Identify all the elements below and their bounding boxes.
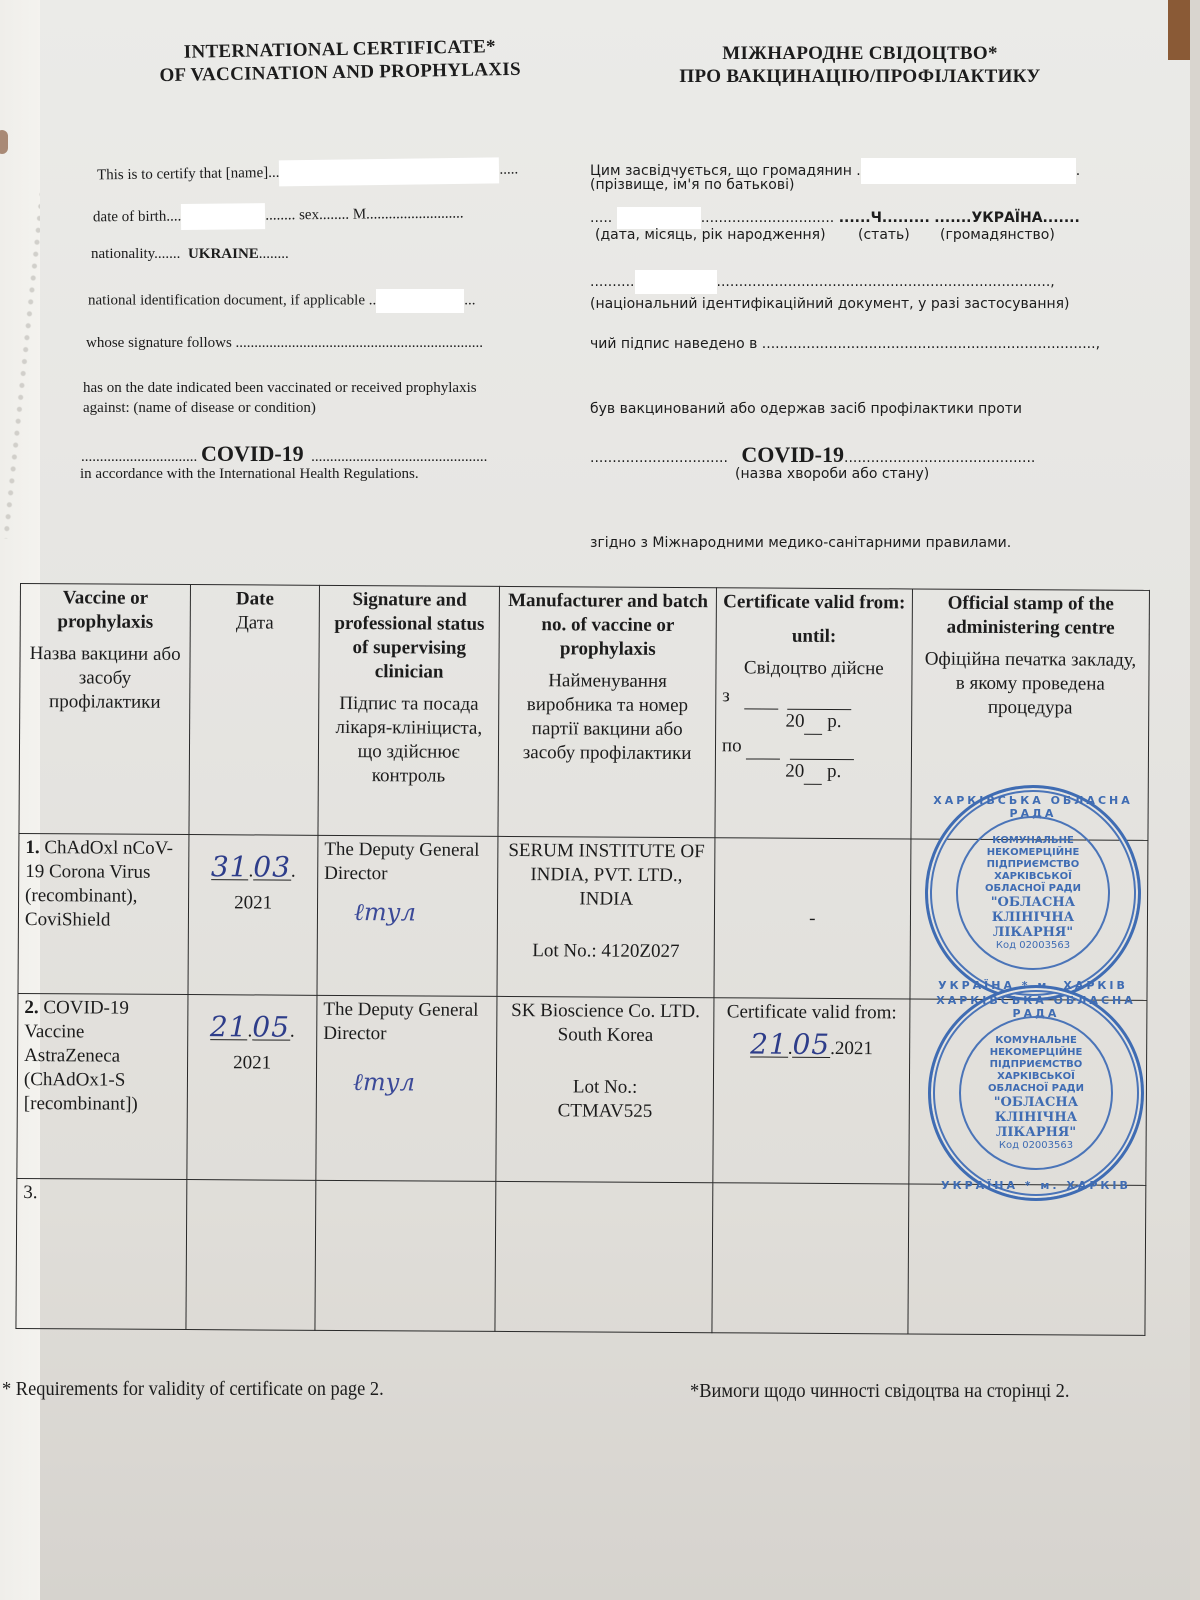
row2-date: 21.05. 2021 <box>187 995 317 1181</box>
title-uk-line2: ПРО ВАКЦИНАЦІЮ/ПРОФІЛАКТИКУ <box>610 65 1110 88</box>
stamp1-line5: ОБЛАСНОЇ РАДИ <box>985 883 1081 895</box>
table-surface <box>1168 0 1190 60</box>
uk-dob-lead: ..... <box>590 210 612 226</box>
header-date-uk: Дата <box>236 612 274 633</box>
uk-disease-value: COVID-19 <box>741 442 844 467</box>
row1-clinician-title: The Deputy General Director <box>324 838 492 887</box>
row1-clinician: The Deputy General Director ℓтул <box>317 835 498 996</box>
nationality-value: UKRAINE <box>188 246 259 262</box>
header-validity: Certificate valid from: until: Свідоцтво… <box>715 588 912 839</box>
uk-disease-caption: (назва хвороби або стану) <box>735 466 929 482</box>
uk-name-caption: (прізвище, ім'я по батькові) <box>590 177 794 193</box>
header-stamp-uk: Офіційна печатка закладу, в якому провед… <box>918 647 1143 720</box>
sex-label: ........ sex........ <box>265 207 349 224</box>
row1-signature: ℓтул <box>354 900 492 925</box>
id-label: national identification document, if app… <box>88 292 376 308</box>
dob-label: date of birth.... <box>93 208 181 225</box>
uk-nationality-caption: (громадянство) <box>940 227 1055 243</box>
row2-number: 2. <box>24 997 38 1018</box>
disease-lead-en: ............................... <box>81 449 197 465</box>
uk-id-lead: .......... <box>590 274 635 290</box>
table-row: 3. <box>16 1178 1146 1335</box>
row1-manufacturer: SERUM INSTITUTE OF INDIA, PVT. LTD., IND… <box>497 836 714 997</box>
title-ukrainian: МІЖНАРОДНЕ СВІДОЦТВО* ПРО ВАКЦИНАЦІЮ/ПРО… <box>610 42 1110 88</box>
header-clinician-en: Signature and professional status of sup… <box>325 588 493 685</box>
row3-stamp-cell <box>908 1184 1146 1335</box>
stamp2-line5: ОБЛАСНОЇ РАДИ <box>988 1083 1084 1095</box>
stamp2-line1: КОМУНАЛЬНЕ <box>995 1035 1077 1047</box>
signature-line: whose signature follows ................… <box>86 335 483 352</box>
disease-trail-en: ........................................… <box>311 449 487 465</box>
official-stamp-1: ХАРКІВСЬКА ОБЛАСНА РАДА КОМУНАЛЬНЕ НЕКОМ… <box>925 785 1141 1001</box>
row2-manufacturer: SK Bioscience Co. LTD. South Korea Lot N… <box>496 996 714 1182</box>
official-stamp-2: ХАРКІВСЬКА ОБЛАСНА РАДА КОМУНАЛЬНЕ НЕКОМ… <box>928 985 1144 1201</box>
row2-lot-value: CTMAV525 <box>503 1099 707 1124</box>
row3-validity <box>712 1183 909 1334</box>
stamp1-code: Код 02003563 <box>996 940 1070 952</box>
disease-value-en: COVID-19 <box>201 441 304 466</box>
row1-manufacturer-name: SERUM INSTITUTE OF INDIA, PVT. LTD., IND… <box>504 839 708 912</box>
row2-vaccine: 2. COVID-19 Vaccine AstraZeneca (ChAdOx1… <box>17 993 188 1179</box>
row2-valid-label: Certificate valid from: <box>720 1000 903 1025</box>
certify-label: This is to certify that [name]... <box>97 165 280 184</box>
header-manufacturer: Manufacturer and batch no. of vaccine or… <box>498 586 716 837</box>
stamp1-line3: ПІДПРИЄМСТВО <box>987 859 1080 871</box>
header-vaccine-en: Vaccine or prophylaxis <box>27 586 184 635</box>
stamp2-line7: КЛІНІЧНА <box>995 1110 1078 1125</box>
uk-regulations: згідно з Міжнародними медико-санітарними… <box>590 535 1011 551</box>
row2-manufacturer-name: SK Bioscience Co. LTD. South Korea <box>504 999 708 1048</box>
sex-value: M <box>353 207 367 223</box>
uk-disease-lead: ............................... <box>590 450 728 466</box>
title-uk-line1: МІЖНАРОДНЕ СВІДОЦТВО* <box>610 42 1110 65</box>
year-prefix-from: 20 <box>785 711 804 732</box>
stamp1-line7: КЛІНІЧНА <box>992 910 1075 925</box>
row1-validity: - <box>714 838 911 999</box>
uk-dob-trail: .............................. <box>701 210 835 226</box>
redacted-name <box>279 157 499 186</box>
uk-nationality-value: .......УКРАЇНА....... <box>934 210 1080 226</box>
id-document-line: national identification document, if app… <box>88 289 476 313</box>
row3-date <box>186 1180 316 1331</box>
id-trail: ... <box>464 292 475 308</box>
year-suffix-to: р. <box>827 761 841 782</box>
uk-sex-caption: (стать) <box>858 227 910 243</box>
uk-dob-line: ..... .............................. ...… <box>590 207 1080 229</box>
row2-valid-year: .2021 <box>830 1038 873 1059</box>
header-manufacturer-uk: Найменування виробника та номер партії в… <box>505 669 709 766</box>
stamp2-line8: ЛІКАРНЯ" <box>996 1125 1076 1140</box>
uk-id-caption: (національний ідентифікаційний документ,… <box>590 296 1070 312</box>
year-prefix-to: 20 <box>785 761 804 782</box>
row3-manufacturer <box>495 1181 712 1332</box>
header-clinician-uk: Підпис та посада лікаря-клініциста, що з… <box>325 692 493 789</box>
row1-vaccine-name: ChAdOxl nCoV-19 Corona Virus (recombinan… <box>25 837 173 930</box>
uk-disease-line: ............................... COVID-19… <box>590 442 1035 468</box>
header-vaccine: Vaccine or prophylaxis Назва вакцини або… <box>19 584 191 835</box>
row2-vaccine-name: COVID-19 Vaccine AstraZeneca (ChAdOx1-S … <box>24 997 138 1115</box>
binder-ring <box>0 130 8 154</box>
redacted-uk-name <box>861 158 1076 184</box>
stamp1-line6: "ОБЛАСНА <box>991 895 1076 910</box>
stamp2-line2: НЕКОМЕРЦІЙНЕ <box>990 1047 1083 1059</box>
row1-day: 31 <box>211 855 249 880</box>
header-validity-uk: Свідоцтво дійсне <box>722 656 905 681</box>
stamp2-code: Код 02003563 <box>999 1140 1073 1152</box>
header-date: Date Дата <box>189 585 319 836</box>
certify-trail: ..... <box>499 161 518 177</box>
header-manufacturer-en: Manufacturer and batch no. of vaccine or… <box>506 589 710 662</box>
certify-name-line: This is to certify that [name]........ <box>97 157 519 189</box>
header-clinician: Signature and professional status of sup… <box>318 585 500 836</box>
uk-certify-trail: . <box>1076 163 1080 179</box>
row3-clinician <box>315 1180 496 1331</box>
validity-until-blank: по 20 р. <box>722 734 905 785</box>
row1-vaccine: 1. ChAdOxl nCoV-19 Corona Virus (recombi… <box>18 833 189 994</box>
row3-number: 3. <box>16 1178 187 1329</box>
row2-year: 2021 <box>194 1051 310 1076</box>
to-prefix: по <box>722 735 742 756</box>
from-prefix: з <box>722 685 730 706</box>
footer-note-uk: *Вимоги щодо чинності свідоцтва на сторі… <box>690 1380 1069 1403</box>
vaccinated-line2: against: (name of disease or condition) <box>83 398 477 418</box>
nationality-line: nationality....... UKRAINE........ <box>91 246 289 263</box>
redacted-dob <box>181 203 265 230</box>
nationality-trail: ........ <box>259 246 289 262</box>
dob-sex-line: date of birth............ sex........ M.… <box>93 201 464 231</box>
uk-id-line: ........................................… <box>590 270 1055 294</box>
row1-number: 1. <box>25 837 39 858</box>
footer-note-en: * Requirements for validity of certifica… <box>2 1378 384 1401</box>
disease-line-en: ............................... COVID-19… <box>81 441 487 467</box>
vaccinated-statement: has on the date indicated been vaccinate… <box>83 378 477 418</box>
header-stamp-en: Official stamp of the administering cent… <box>918 591 1142 640</box>
title-english: INTERNATIONAL CERTIFICATE* OF VACCINATIO… <box>80 33 601 88</box>
sex-trail: .......................... <box>366 205 464 222</box>
uk-id-trail: ........................................… <box>717 274 1055 290</box>
stamp2-line6: "ОБЛАСНА <box>994 1095 1079 1110</box>
header-valid-until: until: <box>723 624 906 649</box>
row1-date: 31.03. 2021 <box>188 835 318 996</box>
row2-clinician-title: The Deputy General Director <box>323 998 491 1047</box>
redacted-id <box>376 289 464 313</box>
stamp1-line2: НЕКОМЕРЦІЙНЕ <box>987 847 1080 859</box>
uk-vaccinated-statement: був вакцинований або одержав засіб профі… <box>590 401 1022 417</box>
row1-lot: Lot No.: 4120Z027 <box>504 939 708 964</box>
header-date-en: Date <box>197 587 313 612</box>
stamp1-line8: ЛІКАРНЯ" <box>993 925 1073 940</box>
row2-day: 21 <box>210 1015 248 1040</box>
redacted-uk-id <box>635 270 717 294</box>
uk-dob-caption: (дата, місяць, рік народження) <box>595 227 826 243</box>
row1-year: 2021 <box>195 891 311 916</box>
row2-signature: ℓтул <box>353 1070 491 1095</box>
header-vaccine-uk: Назва вакцини або засобу профілактики <box>26 642 184 715</box>
row2-month: 05 <box>252 1015 290 1040</box>
row2-lot-label: Lot No.: <box>503 1075 707 1100</box>
validity-from-blank: з 20 р. <box>722 684 905 735</box>
stamp2-ring-bottom: УКРАЇНА * м. ХАРКІВ <box>931 1179 1141 1192</box>
header-valid-from: Certificate valid from: <box>723 590 906 615</box>
uk-sex-value: ......Ч......... <box>839 210 930 226</box>
stamp1-line4: ХАРКІВСЬКОЇ <box>994 871 1072 883</box>
stamp2-line4: ХАРКІВСЬКОЇ <box>997 1071 1075 1083</box>
redacted-uk-dob <box>617 207 701 229</box>
row2-valid-month: 05 <box>792 1033 830 1058</box>
nationality-label: nationality....... <box>91 246 180 262</box>
regulations-en: in accordance with the International Hea… <box>80 466 419 483</box>
row2-clinician: The Deputy General Director ℓтул <box>316 995 498 1181</box>
row2-valid-day: 21 <box>750 1032 788 1057</box>
uk-signature-line: чий підпис наведено в ..................… <box>590 336 1100 352</box>
stamp2-line3: ПІДПРИЄМСТВО <box>990 1059 1083 1071</box>
uk-disease-trail: ........................................… <box>844 450 1035 466</box>
vaccinated-line1: has on the date indicated been vaccinate… <box>83 378 477 398</box>
stamp1-line1: КОМУНАЛЬНЕ <box>992 835 1074 847</box>
year-suffix-from: р. <box>827 711 841 732</box>
row2-validity: Certificate valid from: 21.05.2021 <box>713 998 910 1184</box>
row1-month: 03 <box>253 855 291 880</box>
